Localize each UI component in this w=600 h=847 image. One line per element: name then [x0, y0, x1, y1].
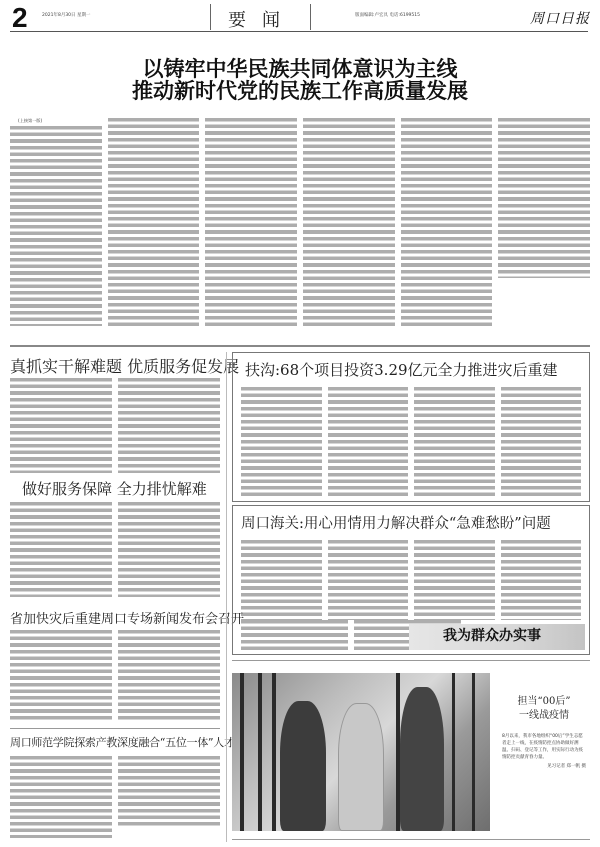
text-column	[241, 540, 322, 620]
article-body-zuohao	[10, 502, 220, 597]
lead-article-body: (上接第一版)	[10, 118, 590, 328]
text-column	[501, 387, 582, 497]
gate-bar	[258, 673, 262, 831]
banner-serve-people: 我为群众办实事	[409, 624, 585, 650]
section-title: 要闻	[228, 6, 296, 32]
article-headline-zhenzhua[interactable]: 真抓实干解难题 优质服务促发展	[10, 354, 239, 377]
text-column	[10, 502, 112, 597]
lead-column-6	[498, 118, 590, 278]
column-divider	[226, 352, 227, 842]
volunteer-photo[interactable]	[232, 673, 490, 831]
text-column	[118, 378, 220, 473]
caption-title-1: 担当“00后”	[502, 695, 586, 709]
text-column	[414, 387, 495, 497]
section-rule	[10, 345, 590, 347]
text-column	[414, 540, 495, 620]
lead-text-block	[10, 126, 102, 326]
caption-body: 8月以来，我市各地组织“00后”学生志愿者走上一线，在疫情防控点协助做好测温、扫…	[502, 733, 586, 761]
editor-line: 版面编辑:卢宏具 电话:6199515	[355, 12, 420, 18]
text-column	[501, 540, 582, 620]
gate-bar	[472, 673, 475, 831]
text-column	[118, 630, 220, 720]
photo-credit: 见习记者 郑一帆 摄	[502, 763, 586, 770]
person-figure	[338, 703, 384, 831]
lead-column-2	[108, 118, 200, 328]
lead-column-4	[303, 118, 395, 328]
text-column	[328, 540, 409, 620]
article-headline-haiguan[interactable]: 周口海关:用心用情用力解决群众“急难愁盼”问题	[241, 512, 551, 533]
article-body-fugou	[241, 387, 581, 497]
text-column	[241, 387, 322, 497]
header-divider	[310, 4, 311, 30]
text-column	[118, 756, 220, 826]
headline-line-2: 推动新时代党的民族工作高质量发展	[0, 80, 600, 102]
article-box-fugou: 扶沟:68个项目投资3.29亿元全力推进灾后重建	[232, 352, 590, 502]
newspaper-logo: 周口日报	[530, 8, 590, 28]
photo-feature: 担当“00后” 一线战疫情 8月以来，我市各地组织“00后”学生志愿者走上一线，…	[232, 660, 590, 840]
article-box-haiguan: 周口海关:用心用情用力解决群众“急难愁盼”问题 我为群众办实事	[232, 505, 590, 655]
lead-intro: (上接第一版)	[10, 118, 102, 126]
text-column	[10, 756, 112, 838]
caption-title-2: 一线战疫情	[502, 709, 586, 723]
lead-column-3	[205, 118, 297, 328]
article-body-shifan	[10, 756, 220, 838]
volunteer-figure	[400, 687, 444, 831]
article-body-haiguan	[241, 540, 581, 620]
volunteer-figure	[280, 701, 326, 831]
gate-bar	[272, 673, 276, 831]
gate-bar	[452, 673, 455, 831]
header-rule	[10, 31, 588, 32]
text-column	[118, 502, 220, 597]
text-column	[328, 387, 409, 497]
article-headline-fabuhui[interactable]: 省加快灾后重建周口专场新闻发布会召开	[10, 608, 244, 627]
lead-column-5	[401, 118, 493, 328]
photo-caption: 担当“00后” 一线战疫情 8月以来，我市各地组织“00后”学生志愿者走上一线，…	[502, 695, 586, 770]
headline-line-1: 以铸牢中华民族共同体意识为主线	[0, 58, 600, 80]
article-body-fabuhui	[10, 630, 220, 720]
gate-bar	[240, 673, 244, 831]
article-headline-fugou[interactable]: 扶沟:68个项目投资3.29亿元全力推进灾后重建	[245, 359, 558, 380]
lead-article-headline[interactable]: 以铸牢中华民族共同体意识为主线 推动新时代党的民族工作高质量发展	[0, 58, 600, 102]
banner-label: 我为群众办实事	[443, 628, 541, 644]
text-column	[241, 620, 348, 650]
text-column	[10, 630, 112, 720]
header-divider	[210, 4, 211, 30]
article-headline-zuohao[interactable]: 做好服务保障 全力排忧解难	[22, 478, 207, 499]
text-column	[10, 378, 112, 473]
issue-date: 2021年8月30日 星期一	[42, 12, 90, 18]
page-number: 2	[12, 4, 28, 32]
article-divider	[10, 728, 220, 729]
article-body-zhenzhua	[10, 378, 220, 473]
lead-column-1: (上接第一版)	[10, 118, 102, 328]
